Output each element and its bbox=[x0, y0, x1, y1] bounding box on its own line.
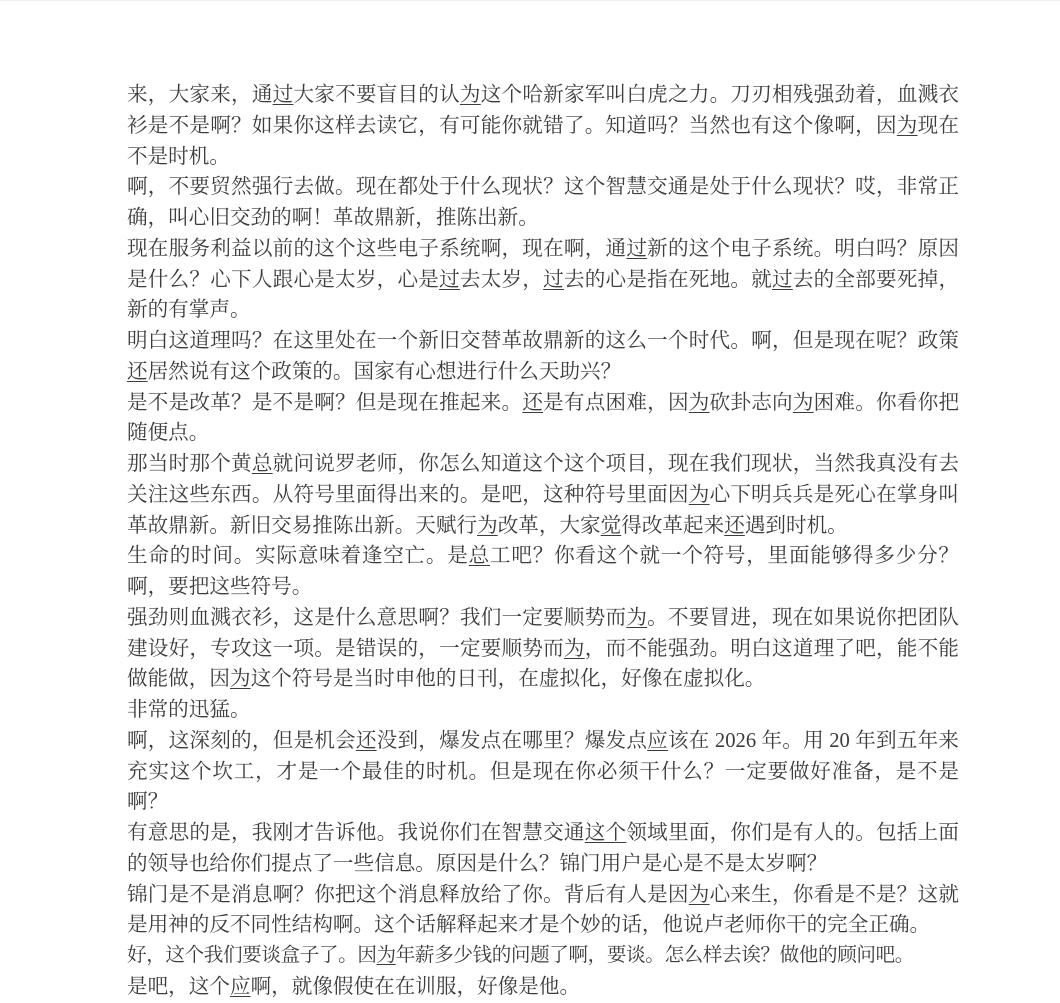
text-segment: 啊，就像假使在在训服，好像是他。 bbox=[251, 976, 581, 990]
text-segment: 去的心是指在死地。就 bbox=[564, 269, 772, 291]
underlined-text: 应 bbox=[647, 730, 668, 752]
underlined-text: 为 bbox=[689, 392, 710, 414]
text-segment: 生命的时间。实际意味着逢空亡。是 bbox=[127, 545, 469, 567]
text-segment: 来，大家来，通 bbox=[127, 84, 273, 106]
text-segment: 有意思的是，我刚才告诉他。我说你们在智慧交通 bbox=[127, 822, 585, 844]
text-segment: 去太岁， bbox=[460, 269, 543, 291]
text-segment: 明白这道理吗？在这里处在一个新旧交替革故鼎新的这么一个时代。啊，但是现在呢？政策 bbox=[127, 330, 959, 352]
text-segment: 遇到时机。 bbox=[745, 515, 848, 537]
underlined-text: 为 bbox=[793, 392, 814, 414]
text-segment: 居然说有这个政策的。国家有心想进行什么天助兴？ bbox=[148, 361, 622, 383]
transcript-paragraph: 生命的时间。实际意味着逢空亡。是总工吧？你看这个就一个符号，里面能够得多少分？啊… bbox=[127, 541, 959, 603]
underlined-text: 过 bbox=[543, 269, 564, 291]
underlined-text: 为 bbox=[897, 115, 918, 137]
underlined-text: 总 bbox=[469, 545, 490, 567]
text-segment: 年薪多少钱的问题了啊，要谈。怎么样去诶？做他的顾问吧。 bbox=[396, 945, 914, 966]
underlined-text: 过 bbox=[772, 269, 793, 291]
text-segment: 非常的迅猛。 bbox=[127, 699, 251, 721]
transcript-paragraph: 锦门是不是消息啊？你把这个消息释放给了你。背后有人是因为心来生，你看是不是？这就… bbox=[127, 880, 959, 942]
underlined-text: 过 bbox=[626, 238, 647, 260]
underlined-text: 过 bbox=[273, 84, 294, 106]
text-segment: 是吧，这个 bbox=[127, 976, 230, 990]
text-segment: 那当时那个黄 bbox=[127, 453, 252, 475]
underlined-text: 应 bbox=[230, 976, 251, 990]
transcript-paragraph: 非常的迅猛。 bbox=[127, 695, 959, 726]
underlined-text: 过 bbox=[439, 269, 460, 291]
underlined-text: 为 bbox=[230, 668, 251, 690]
underlined-text: 总 bbox=[252, 453, 273, 475]
text-segment: 强劲则血溅衣衫，这是什么意思啊？我们一定要顺势而 bbox=[127, 607, 626, 629]
transcript-paragraph: 有意思的是，我刚才告诉他。我说你们在智慧交通这个领域里面，你们是有人的。包括上面… bbox=[127, 818, 959, 880]
underlined-text: 还 bbox=[356, 730, 377, 752]
text-segment: 啊，不要贸然强行去做。现在都处于什么现状？这个智慧交通是处于什么现状？哎，非常正… bbox=[127, 176, 959, 229]
underlined-text: 为 bbox=[564, 638, 585, 660]
text-segment: 现在服务利益以前的这个这些电子系统啊，现在啊，通 bbox=[127, 238, 626, 260]
transcript-paragraph: 明白这道理吗？在这里处在一个新旧交替革故鼎新的这么一个时代。啊，但是现在呢？政策… bbox=[127, 326, 959, 388]
text-segment: 是有点困难，因 bbox=[543, 392, 689, 414]
text-segment: 啊，这深刻的，但是机会 bbox=[127, 730, 356, 752]
text-segment: 砍卦志向 bbox=[710, 392, 793, 414]
underlined-text: 为 bbox=[377, 945, 396, 966]
transcript-body: 来，大家来，通过大家不要盲目的认为这个哈新家军叫白虎之力。刀刃相残强劲着，血溅衣… bbox=[127, 80, 959, 990]
text-segment: 得改革起来 bbox=[621, 515, 724, 537]
underlined-text: 还 bbox=[127, 361, 148, 383]
transcript-paragraph: 来，大家来，通过大家不要盲目的认为这个哈新家军叫白虎之力。刀刃相残强劲着，血溅衣… bbox=[127, 80, 959, 172]
text-segment: 没到，爆发点在哪里？爆发点 bbox=[377, 730, 647, 752]
underlined-text: 为 bbox=[626, 607, 647, 629]
underlined-text: 为 bbox=[460, 84, 481, 106]
transcript-paragraph: 现在服务利益以前的这个这些电子系统啊，现在啊，通过新的这个电子系统。明白吗？原因… bbox=[127, 234, 959, 326]
text-segment: 是不是改革？是不是啊？但是现在推起来。 bbox=[127, 392, 522, 414]
text-segment: 改革，大家 bbox=[498, 515, 601, 537]
text-segment: 好，这个我们要谈盒子了。因 bbox=[127, 945, 377, 966]
transcript-paragraph: 啊，这深刻的，但是机会还没到，爆发点在哪里？爆发点应该在 2026 年。用 20… bbox=[127, 726, 959, 818]
underlined-text: 这个 bbox=[585, 822, 627, 844]
document-page: 来，大家来，通过大家不要盲目的认为这个哈新家军叫白虎之力。刀刃相残强劲着，血溅衣… bbox=[127, 80, 959, 990]
transcript-paragraph: 是不是改革？是不是啊？但是现在推起来。还是有点困难，因为砍卦志向为困难。你看你把… bbox=[127, 388, 959, 450]
transcript-paragraph: 强劲则血溅衣衫，这是什么意思啊？我们一定要顺势而为。不要冒进，现在如果说你把团队… bbox=[127, 603, 959, 695]
text-segment: 这个符号是当时申他的日刊，在虚拟化，好像在虚拟化。 bbox=[251, 668, 766, 690]
underlined-text: 为 bbox=[477, 515, 498, 537]
underlined-text: 觉 bbox=[601, 515, 622, 537]
transcript-paragraph: 好，这个我们要谈盒子了。因为年薪多少钱的问题了啊，要谈。怎么样去诶？做他的顾问吧… bbox=[127, 941, 959, 972]
underlined-text: 为 bbox=[689, 484, 710, 506]
transcript-paragraph: 是吧，这个应啊，就像假使在在训服，好像是他。 bbox=[127, 972, 959, 990]
text-segment: 锦门是不是消息啊？你把这个消息释放给了你。背后有人是因 bbox=[127, 884, 689, 906]
underlined-text: 还 bbox=[724, 515, 745, 537]
transcript-paragraph: 啊，不要贸然强行去做。现在都处于什么现状？这个智慧交通是处于什么现状？哎，非常正… bbox=[127, 172, 959, 234]
transcript-paragraph: 那当时那个黄总就问说罗老师，你怎么知道这个这个项目，现在我们现状，当然我真没有去… bbox=[127, 449, 959, 541]
underlined-text: 还 bbox=[522, 392, 543, 414]
text-segment: 大家不要盲目的认 bbox=[293, 84, 459, 106]
underlined-text: 为 bbox=[689, 884, 710, 906]
